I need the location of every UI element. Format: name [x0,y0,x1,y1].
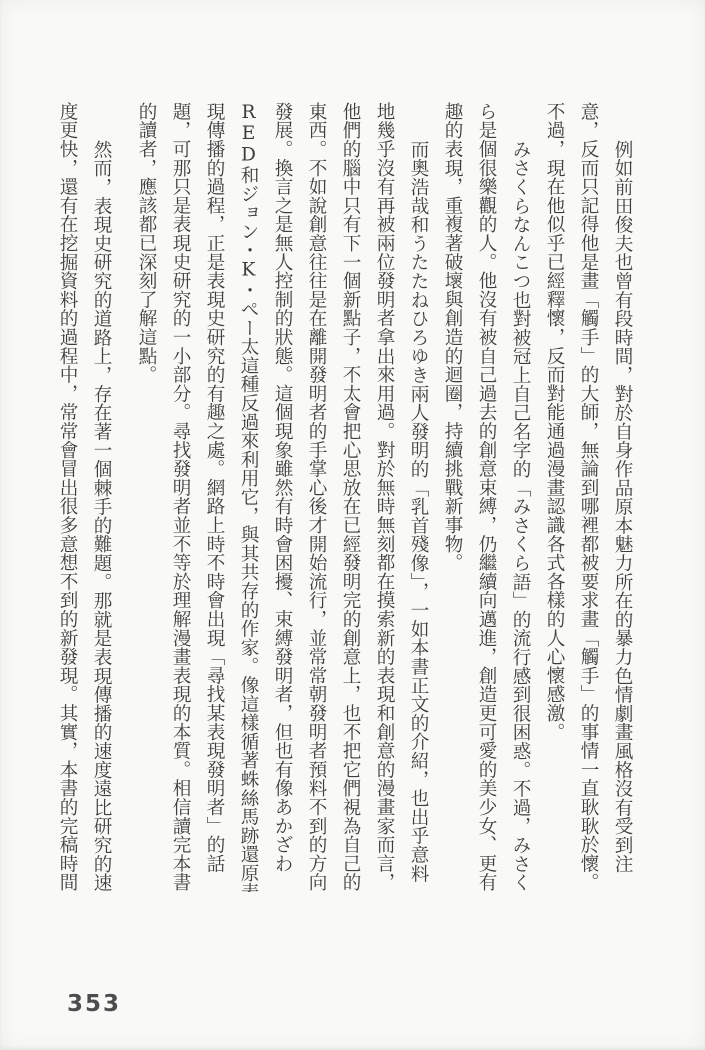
text-column: RED和ジョン・K・ぺー太這種反過來利用它，與其共存的作家。像這樣循著蛛絲馬跡還… [231,102,265,892]
text-column: 意，反而只記得他是畫「觸手」的大師，無論到哪裡都被要求畫「觸手」的事情一直耿耿於… [571,102,605,892]
text-column: 趣的表現，重複著破壞與創造的迴圈，持續挑戰新事物。 [435,102,469,892]
text-column: 不過，現在他似乎已經釋懷，反而對能通過漫畫認識各式各樣的人心懷感激。 [537,102,571,892]
text-column: 然而，表現史研究的道路上，存在著一個棘手的難題。那就是表現傳播的速度遠比研究的速 [84,102,118,892]
text-column: 度更快，還有在挖掘資料的過程中，常常會冒出很多意想不到的新發現。其實，本書的完稿… [50,102,84,892]
page-number: 353 [67,991,121,1017]
text-column: 東西。不如說創意往往是在離開發明者的手掌心後才開始流行，並常常朝發明者預料不到的… [299,102,333,892]
text-column: 地幾乎沒有再被兩位發明者拿出來用過。對於無時無刻都在摸索新的表現和創意的漫畫家而… [367,102,401,892]
text-column: 而奧浩哉和うたたねひろゆき兩人發明的「乳首殘像」，一如本書正文的介紹，也出乎意料 [401,102,435,892]
text-column: 發展。換言之是無人控制的狀態。這個現象雖然有時會困擾、束縛發明者，但也有像あかざ… [265,102,299,892]
text-column: 現傳播的過程，正是表現史研究的有趣之處。網路上時不時會出現「尋找某表現發明者」的… [197,102,231,892]
vertical-text-block: 例如前田俊夫也曾有段時間，對於自身作品原本魅力所在的暴力色情劇畫風格沒有受到注意… [50,102,639,892]
text-column: みさくらなんこつ也對被冠上自己名字的「みさくら語」的流行感到很困惑。不過，みさく [503,102,537,892]
book-page: 例如前田俊夫也曾有段時間，對於自身作品原本魅力所在的暴力色情劇畫風格沒有受到注意… [0,0,705,1050]
text-column: 他們的腦中只有下一個新點子，不太會把心思放在已經發明完的創意上，也不把它們視為自… [333,102,367,892]
text-column: ら是個很樂觀的人。他沒有被自己過去的創意束縛，仍繼續向邁進，創造更可愛的美少女、… [469,102,503,892]
text-column: 例如前田俊夫也曾有段時間，對於自身作品原本魅力所在的暴力色情劇畫風格沒有受到注 [605,102,639,892]
text-column: 的讀者，應該都已深刻了解這點。 [129,102,163,892]
text-column: 題，可那只是表現史研究的一小部分。尋找發明者並不等於理解漫畫表現的本質。相信讀完… [163,102,197,892]
